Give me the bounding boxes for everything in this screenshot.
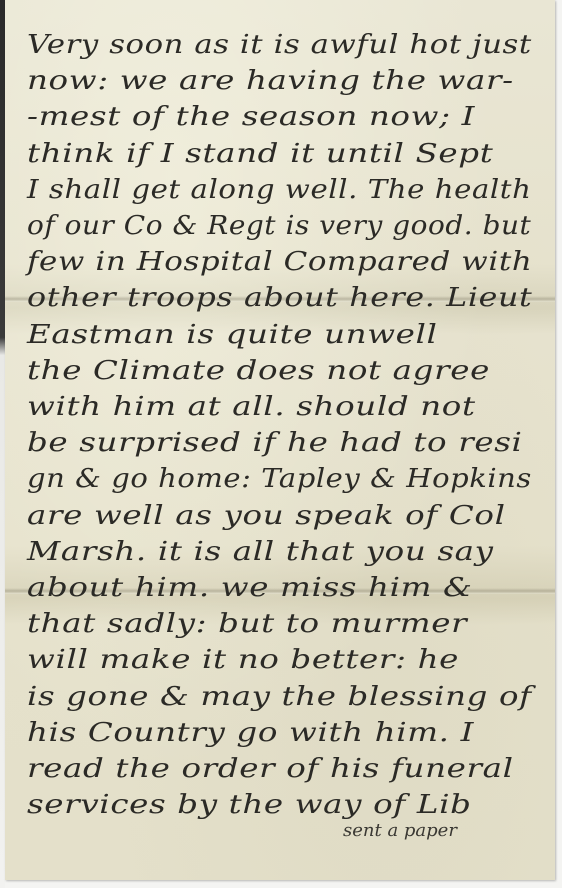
interlinear-note: sent a paper — [343, 820, 457, 841]
handwritten-line: gn & go home: Tapley & Hopkins — [27, 464, 532, 494]
handwritten-line: with him at all. should not — [27, 392, 476, 422]
handwritten-line: his Country go with him. I — [27, 718, 474, 748]
handwritten-line: that sadly: but to murmer — [27, 609, 467, 639]
handwritten-line: the Climate does not agree — [27, 356, 490, 386]
handwritten-line: services by the way of Lib — [27, 790, 472, 820]
handwritten-line: are well as you speak of Col — [27, 501, 506, 531]
handwritten-line: Eastman is quite unwell — [27, 320, 438, 350]
handwritten-line: is gone & may the blessing of — [27, 682, 532, 712]
handwritten-line: will make it no better: he — [27, 645, 459, 675]
handwritten-line: be surprised if he had to resi — [27, 428, 523, 458]
handwritten-line: I shall get along well. The health — [27, 175, 531, 205]
handwritten-line: Very soon as it is awful hot just — [27, 30, 532, 60]
handwritten-line: now: we are having the war- — [27, 66, 514, 96]
letter-page: Very soon as it is awful hot just now: w… — [5, 0, 555, 880]
handwritten-line: few in Hospital Compared with — [27, 247, 532, 277]
handwritten-line: of our Co & Regt is very good. but — [27, 211, 531, 241]
handwritten-line: think if I stand it until Sept — [27, 139, 493, 169]
handwritten-line: read the order of his funeral — [27, 754, 514, 784]
handwritten-line: other troops about here. Lieut — [27, 283, 532, 313]
handwritten-line: -mest of the season now; I — [27, 102, 475, 132]
handwritten-line: about him. we miss him & — [27, 573, 473, 603]
handwritten-line: Marsh. it is all that you say — [27, 537, 494, 567]
